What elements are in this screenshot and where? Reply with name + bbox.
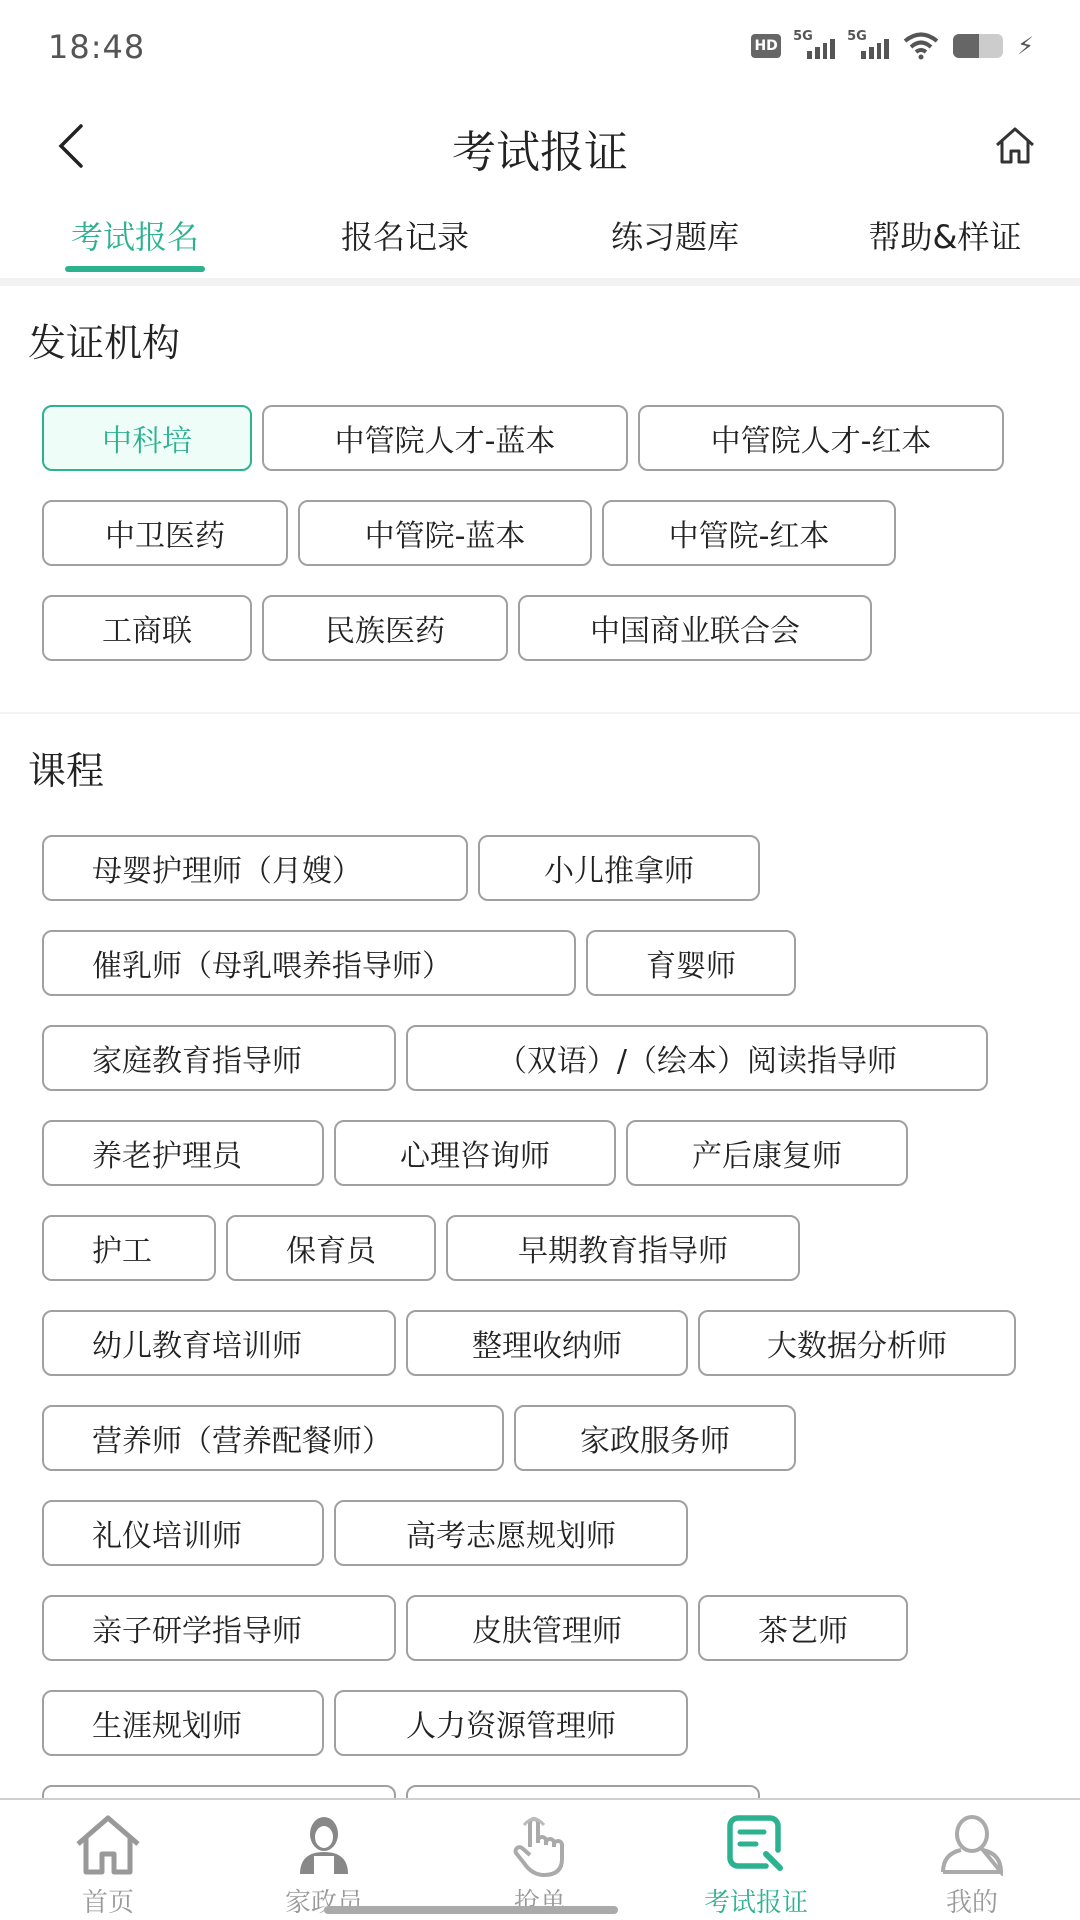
course-chip[interactable]: 礼仪培训师: [42, 1500, 324, 1566]
bottom-nav: 首页 家政员 抢单 考试报证: [0, 1798, 1080, 1920]
status-icons: HD 5G 5G ⚡: [751, 32, 1034, 60]
section-title-courses: 课程: [0, 714, 1080, 795]
course-chip[interactable]: 产后康复师: [626, 1120, 908, 1186]
course-chip[interactable]: 育婴师: [586, 930, 796, 996]
section-title-issuing-bodies: 发证机构: [0, 286, 1080, 367]
tab-help-samples[interactable]: 帮助&样证: [810, 196, 1080, 278]
issuing-body-chips: 中科培 中管院人才-蓝本 中管院人才-红本 中卫医药 中管院-蓝本 中管院-红本…: [0, 367, 1080, 690]
nav-item-exam-certificate[interactable]: 考试报证: [648, 1800, 864, 1920]
divider: [0, 278, 1080, 286]
course-chip[interactable]: （双语）/（绘本）阅读指导师: [406, 1025, 988, 1091]
issuing-body-chip[interactable]: 中卫医药: [42, 500, 288, 566]
issuing-body-chip[interactable]: 工商联: [42, 595, 252, 661]
course-chips: 母婴护理师（月嫂） 小儿推拿师 催乳师（母乳喂养指导师） 育婴师 家庭教育指导师…: [0, 795, 1080, 1800]
courses-section: 课程 母婴护理师（月嫂） 小儿推拿师 催乳师（母乳喂养指导师） 育婴师 家庭教育…: [0, 714, 1080, 1800]
issuing-body-chip[interactable]: 中国商业联合会: [518, 595, 872, 661]
issuing-body-chip[interactable]: 中管院人才-蓝本: [262, 405, 628, 471]
home-icon: [993, 125, 1037, 165]
course-chip[interactable]: 亲子研学指导师: [42, 1595, 396, 1661]
home-icon: [72, 1814, 144, 1876]
wifi-icon: [903, 32, 939, 60]
issuing-body-chip[interactable]: 中管院-蓝本: [298, 500, 592, 566]
course-chip[interactable]: 小儿推拿师: [478, 835, 760, 901]
course-chip[interactable]: 养老护理员: [42, 1120, 324, 1186]
course-chip[interactable]: 母婴护理师（月嫂）: [42, 835, 468, 901]
course-chip[interactable]: 早期教育指导师: [446, 1215, 800, 1281]
tap-hand-icon: [508, 1813, 572, 1877]
course-chip[interactable]: 大数据分析师: [698, 1310, 1016, 1376]
home-button[interactable]: [980, 110, 1050, 180]
tab-practice-questions[interactable]: 练习题库: [540, 196, 810, 278]
course-chip[interactable]: 整理收纳师: [406, 1310, 688, 1376]
hd-voice-icon: HD: [751, 34, 781, 58]
nav-item-mine[interactable]: 我的: [864, 1800, 1080, 1920]
user-icon: [939, 1814, 1005, 1876]
exam-edit-icon: [722, 1814, 790, 1876]
tab-exam-registration[interactable]: 考试报名: [0, 196, 270, 278]
tab-active-indicator: [65, 266, 205, 272]
nav-item-housekeeper[interactable]: 家政员: [216, 1800, 432, 1920]
course-chip[interactable]: 营养师（营养配餐师）: [42, 1405, 504, 1471]
issuing-body-chip[interactable]: 中管院-红本: [602, 500, 896, 566]
signal-sim1-icon: 5G: [795, 33, 835, 59]
housekeeper-icon: [294, 1814, 354, 1876]
issuing-bodies-section: 发证机构 中科培 中管院人才-蓝本 中管院人才-红本 中卫医药 中管院-蓝本 中…: [0, 286, 1080, 714]
course-chip[interactable]: 家庭教育指导师: [42, 1025, 396, 1091]
course-chip[interactable]: 生涯规划师: [42, 1690, 324, 1756]
course-chip[interactable]: 心理咨询师: [334, 1120, 616, 1186]
tab-bar: 考试报名 报名记录 练习题库 帮助&样证: [0, 196, 1080, 278]
page-title: 考试报证: [0, 116, 1080, 180]
nav-item-home[interactable]: 首页: [0, 1800, 216, 1920]
course-chip[interactable]: 催乳师（母乳喂养指导师）: [42, 930, 576, 996]
issuing-body-chip[interactable]: 民族医药: [262, 595, 508, 661]
issuing-body-chip[interactable]: 中科培: [42, 405, 252, 471]
status-time: 18:48: [48, 28, 145, 66]
course-chip[interactable]: 家政服务师: [514, 1405, 796, 1471]
nav-bar: 考试报证: [0, 96, 1080, 196]
course-chip[interactable]: 皮肤管理师: [406, 1595, 688, 1661]
course-chip[interactable]: 茶艺师: [698, 1595, 908, 1661]
course-chip[interactable]: 保育员: [226, 1215, 436, 1281]
status-bar: 18:48 HD 5G 5G ⚡: [0, 0, 1080, 96]
course-chip[interactable]: 高考志愿规划师: [334, 1500, 688, 1566]
scroll-content[interactable]: 发证机构 中科培 中管院人才-蓝本 中管院人才-红本 中卫医药 中管院-蓝本 中…: [0, 286, 1080, 1800]
course-chip[interactable]: 幼儿教育培训师: [42, 1310, 396, 1376]
signal-sim2-icon: 5G: [849, 33, 889, 59]
home-indicator[interactable]: [324, 1906, 618, 1914]
nav-item-grab-order[interactable]: 抢单: [432, 1800, 648, 1920]
course-chip[interactable]: 人力资源管理师: [334, 1690, 688, 1756]
charging-icon: ⚡: [1017, 32, 1034, 60]
issuing-body-chip[interactable]: 中管院人才-红本: [638, 405, 1004, 471]
course-chip[interactable]: 护工: [42, 1215, 216, 1281]
tab-registration-records[interactable]: 报名记录: [270, 196, 540, 278]
battery-icon: [953, 34, 1003, 58]
